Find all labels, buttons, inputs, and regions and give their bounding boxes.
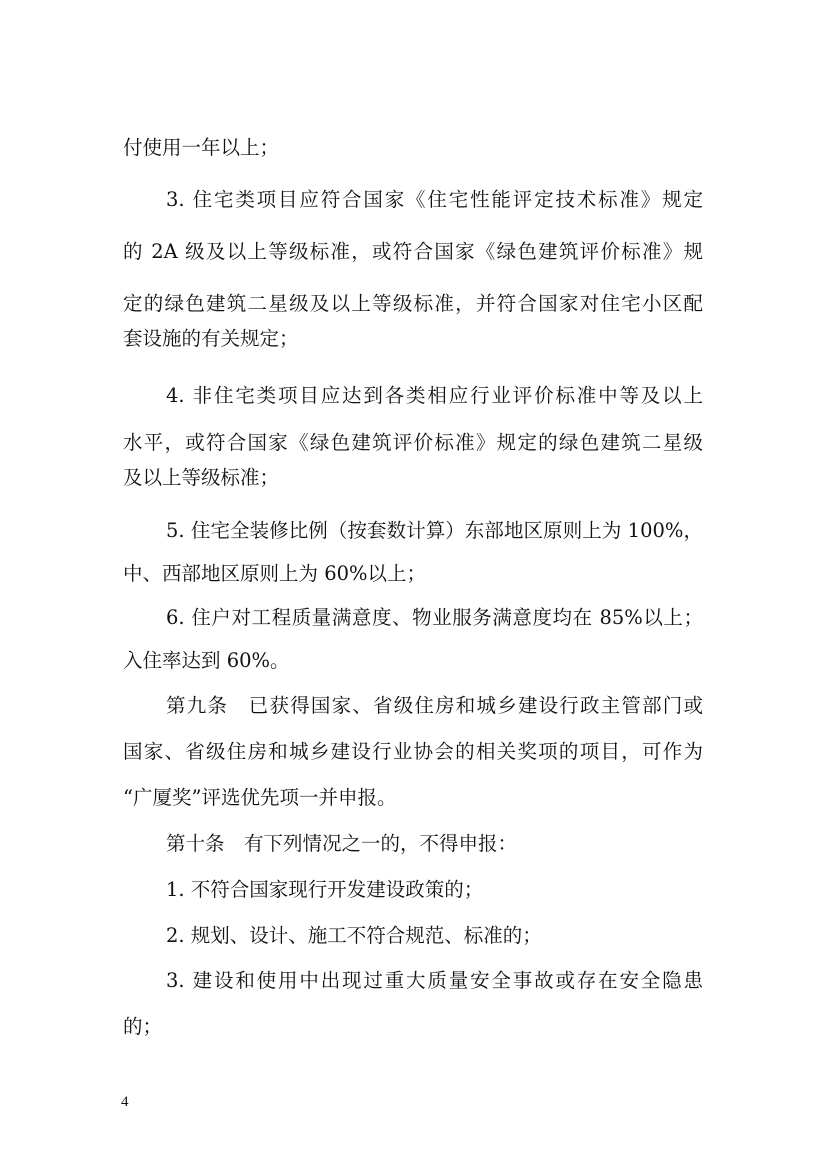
text-line: 国家、省级住房和城乡建设行业协会的相关奖项的项目，可作为 — [123, 740, 703, 764]
text-line: “广厦奖”评选优先项一并申报。 — [123, 786, 703, 810]
document-page: 付使用一年以上； 3. 住宅类项目应符合国家《住宅性能评定技术标准》规定 的 2… — [0, 0, 827, 1170]
page-number: 4 — [121, 1094, 129, 1111]
text-line: 3. 建设和使用中出现过重大质量安全事故或存在安全隐患 — [123, 969, 703, 993]
text-line: 3. 住宅类项目应符合国家《住宅性能评定技术标准》规定 — [123, 188, 703, 212]
text-line: 的； — [123, 1015, 703, 1039]
text-line: 入住率达到 60%。 — [123, 649, 703, 673]
text-line: 6. 住户对工程质量满意度、物业服务满意度均在 85%以上； — [123, 606, 703, 630]
text-line: 2. 规划、设计、施工不符合规范、标准的； — [123, 924, 703, 948]
text-line: 1. 不符合国家现行开发建设政策的； — [123, 878, 703, 902]
text-line: 套设施的有关规定； — [123, 327, 703, 351]
text-line: 4. 非住宅类项目应达到各类相应行业评价标准中等及以上 — [123, 384, 703, 408]
text-line: 的 2A 级及以上等级标准，或符合国家《绿色建筑评价标准》规 — [123, 240, 703, 264]
text-line: 及以上等级标准； — [123, 466, 703, 490]
text-line: 5. 住宅全装修比例（按套数计算）东部地区原则上为 100%， — [123, 519, 703, 543]
text-line: 中、西部地区原则上为 60%以上； — [123, 562, 703, 586]
text-line: 第十条 有下列情况之一的，不得申报： — [123, 832, 703, 856]
text-line: 第九条 已获得国家、省级住房和城乡建设行政主管部门或 — [123, 694, 703, 718]
text-line: 付使用一年以上； — [123, 136, 703, 160]
text-line: 水平，或符合国家《绿色建筑评价标准》规定的绿色建筑二星级 — [123, 431, 703, 455]
text-line: 定的绿色建筑二星级及以上等级标准，并符合国家对住宅小区配 — [123, 292, 703, 316]
